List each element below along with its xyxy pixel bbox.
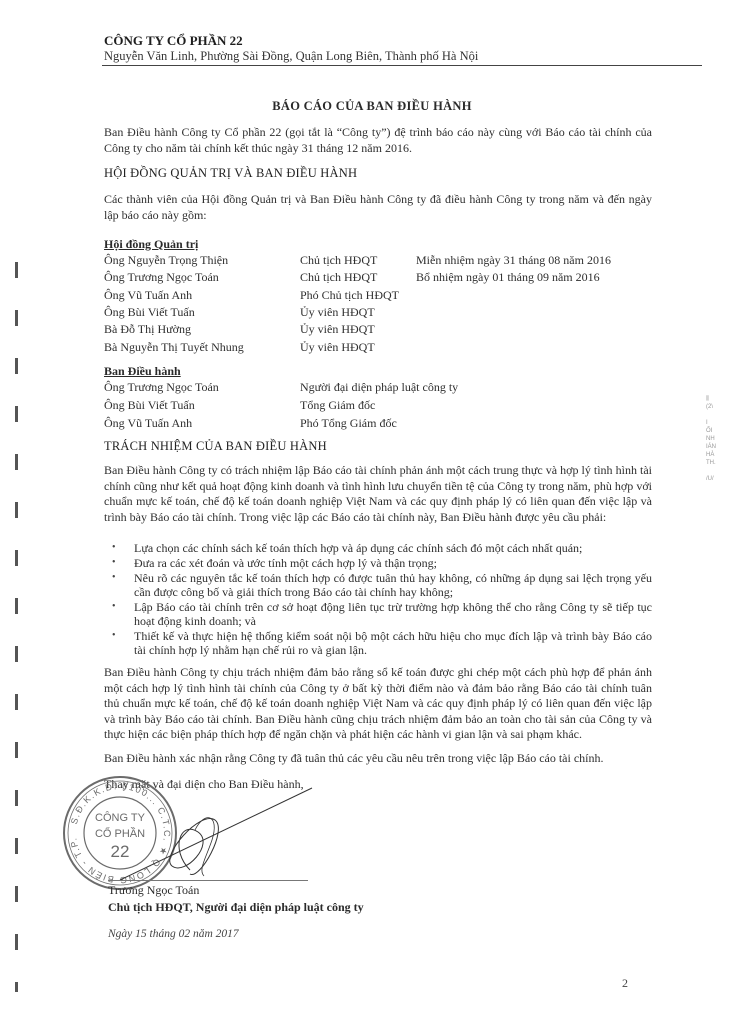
member-role: Ủy viên HĐQT	[300, 322, 375, 337]
binding-mark	[15, 502, 18, 518]
signature-line	[108, 880, 308, 881]
binding-mark	[15, 838, 18, 854]
binding-mark	[15, 982, 18, 992]
member-role: Ủy viên HĐQT	[300, 340, 375, 355]
binding-mark	[15, 358, 18, 374]
exec-subheading: Ban Điều hành	[104, 364, 181, 379]
member-role: Phó Chủ tịch HĐQT	[300, 288, 399, 303]
signature-date: Ngày 15 tháng 02 năm 2017	[108, 928, 239, 940]
member-role: Ủy viên HĐQT	[300, 305, 375, 320]
document-title: BÁO CÁO CỦA BAN ĐIỀU HÀNH	[0, 99, 744, 114]
responsibility-paragraph-1: Ban Điều hành Công ty có trách nhiệm lập…	[104, 463, 652, 525]
right-edge-bleed-text: ⫼(2\IỐINHIÁNHÀTH./U/	[706, 395, 726, 483]
member-note: Miễn nhiệm ngày 31 tháng 08 năm 2016	[416, 253, 611, 268]
member-name: Bà Đỗ Thị Hường	[104, 322, 191, 337]
member-role: Tổng Giám đốc	[300, 398, 375, 413]
binding-mark	[15, 886, 18, 902]
bullet-item: Thiết kế và thực hiện hệ thống kiểm soát…	[112, 629, 652, 657]
member-name: Ông Bùi Viết Tuấn	[104, 398, 195, 413]
member-name: Ông Vũ Tuấn Anh	[104, 288, 192, 303]
binding-mark	[15, 550, 18, 566]
company-name: CÔNG TY CỔ PHẦN 22	[104, 33, 243, 49]
member-name: Ông Trương Ngọc Toán	[104, 380, 219, 395]
member-role: Chủ tịch HĐQT	[300, 270, 377, 285]
board-subheading: Hội đồng Quản trị	[104, 237, 198, 252]
member-name: Bà Nguyễn Thị Tuyết Nhung	[104, 340, 244, 355]
board-intro-paragraph: Các thành viên của Hội đồng Quản trị và …	[104, 192, 652, 223]
member-role: Người đại diện pháp luật công ty	[300, 380, 458, 395]
binding-mark	[15, 454, 18, 470]
binding-mark	[15, 646, 18, 662]
binding-mark	[15, 790, 18, 806]
member-role: Chủ tịch HĐQT	[300, 253, 377, 268]
member-role: Phó Tổng Giám đốc	[300, 416, 397, 431]
member-note: Bổ nhiệm ngày 01 tháng 09 năm 2016	[416, 270, 600, 285]
member-name: Ông Nguyễn Trọng Thiện	[104, 253, 228, 268]
binding-mark	[15, 262, 18, 278]
signature-scribble-icon	[80, 780, 320, 890]
section-heading-responsibility: TRÁCH NHIỆM CỦA BAN ĐIỀU HÀNH	[104, 439, 327, 454]
responsibility-paragraph-3: Ban Điều hành xác nhận rằng Công ty đã t…	[104, 751, 652, 767]
bullet-item: Nêu rõ các nguyên tắc kế toán thích hợp …	[112, 571, 652, 599]
signer-title: Chủ tịch HĐQT, Người đại diện pháp luật …	[108, 900, 364, 915]
bullet-item: Đưa ra các xét đoán và ước tính một cách…	[112, 556, 652, 570]
member-name: Ông Bùi Viết Tuấn	[104, 305, 195, 320]
intro-paragraph: Ban Điều hành Công ty Cổ phần 22 (gọi tắ…	[104, 125, 652, 156]
binding-mark	[15, 310, 18, 326]
binding-mark	[15, 694, 18, 710]
page-number: 2	[622, 976, 628, 991]
binding-mark	[15, 934, 18, 950]
binding-mark	[15, 406, 18, 422]
member-name: Ông Vũ Tuấn Anh	[104, 416, 192, 431]
section-heading-board: HỘI ĐỒNG QUẢN TRỊ VÀ BAN ĐIỀU HÀNH	[104, 166, 357, 181]
company-address: Nguyễn Văn Linh, Phường Sài Đồng, Quận L…	[104, 49, 478, 64]
binding-mark	[15, 742, 18, 758]
signer-name: Trương Ngọc Toán	[108, 883, 199, 898]
member-name: Ông Trương Ngọc Toán	[104, 270, 219, 285]
responsibility-bullets: Lựa chọn các chính sách kế toán thích hợ…	[112, 541, 652, 658]
bullet-item: Lập Báo cáo tài chính trên cơ sở hoạt độ…	[112, 600, 652, 628]
bullet-item: Lựa chọn các chính sách kế toán thích hợ…	[112, 541, 652, 555]
responsibility-paragraph-2: Ban Điều hành Công ty chịu trách nhiệm đ…	[104, 665, 652, 743]
binding-mark	[15, 598, 18, 614]
header-rule	[102, 65, 702, 66]
